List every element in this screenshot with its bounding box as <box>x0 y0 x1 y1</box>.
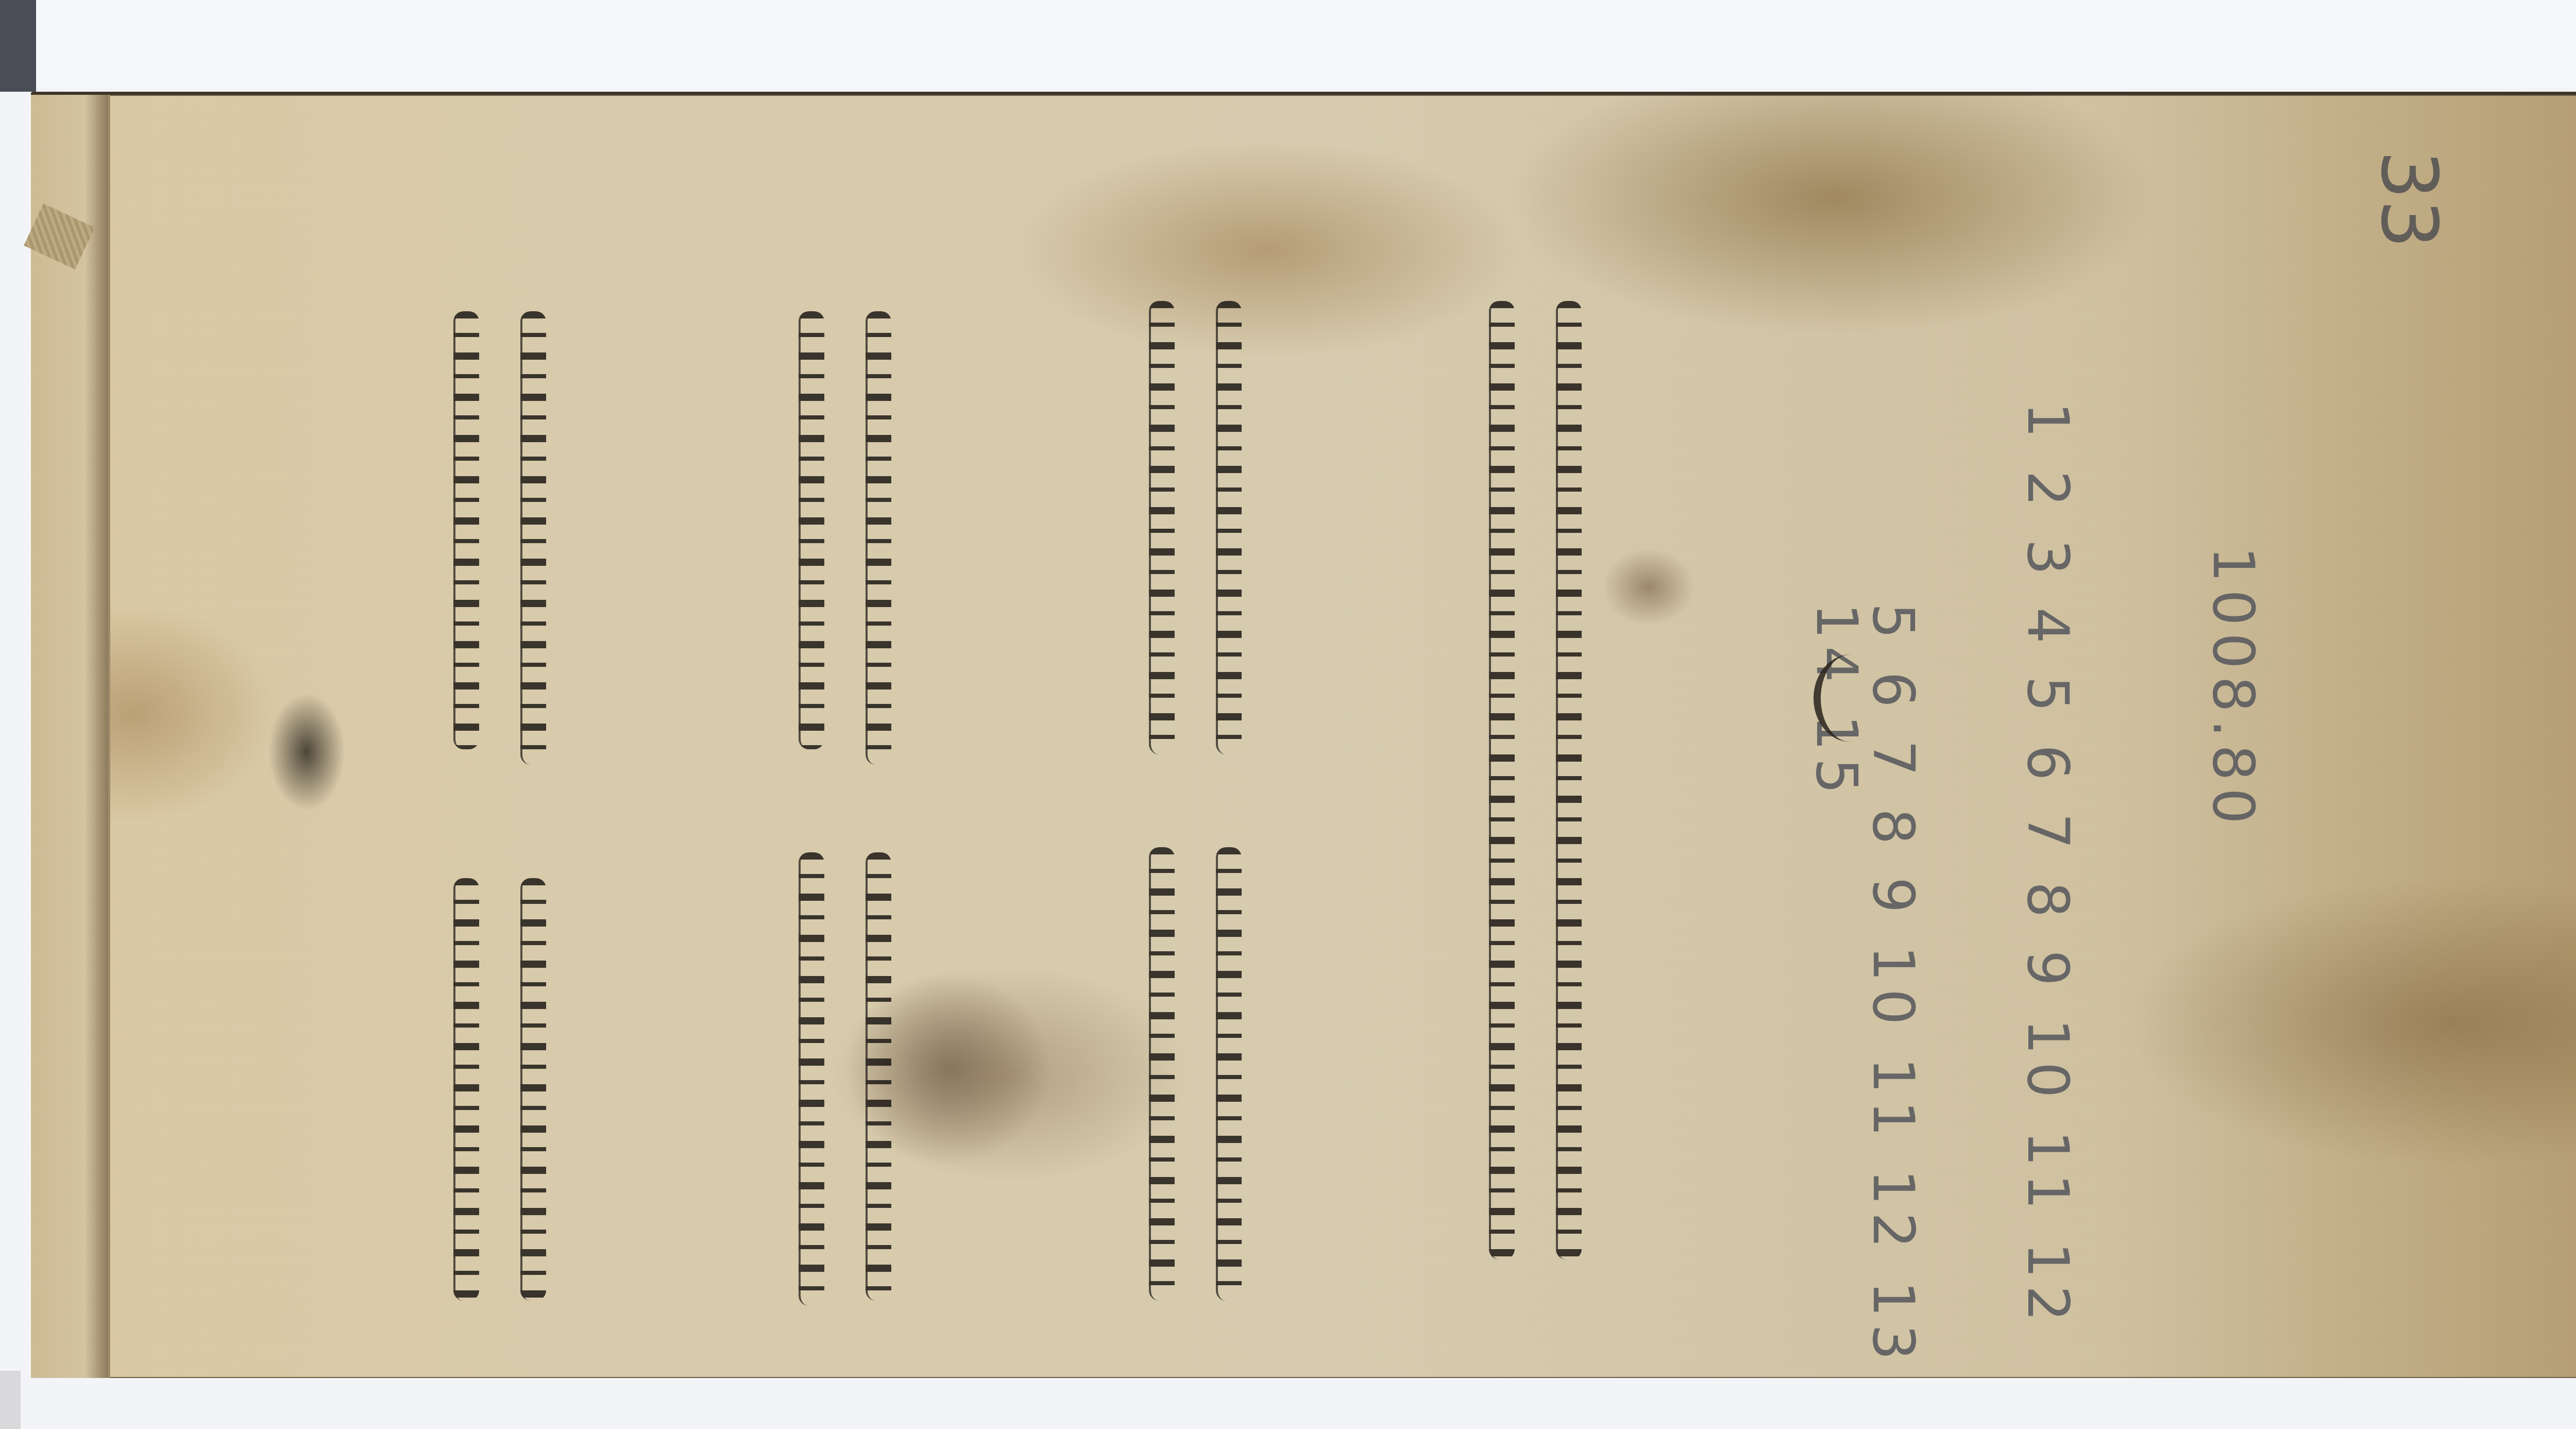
hemistich <box>453 311 479 749</box>
hemistich <box>1216 847 1242 1301</box>
water-stain <box>1602 548 1695 626</box>
hemistich <box>799 311 824 749</box>
binding-clip <box>0 0 36 92</box>
folio-number: 33 <box>2364 150 2453 249</box>
hemistich <box>1489 301 1515 1259</box>
hemistich <box>866 311 891 765</box>
pencil-amount: 1008.80 <box>2205 546 2262 831</box>
scanner-margin-top <box>0 0 2576 88</box>
hemistich <box>866 852 891 1301</box>
hemistich <box>799 852 824 1306</box>
ink-blot <box>268 693 345 811</box>
hemistich <box>520 878 546 1301</box>
hemistich <box>1149 301 1175 754</box>
hemistich <box>453 878 479 1301</box>
ink-flourish <box>1814 654 1888 742</box>
pencil-numbers-outer: 1 2 3 4 5 6 7 8 9 10 11 12 <box>2020 402 2076 1329</box>
hemistich <box>1216 301 1242 754</box>
hemistich <box>520 311 546 765</box>
spine-fold <box>31 95 110 1378</box>
hemistich <box>1556 301 1582 1259</box>
hemistich <box>1149 847 1175 1301</box>
manuscript-leaf <box>31 92 2576 1378</box>
scanner-edge <box>0 1371 21 1429</box>
